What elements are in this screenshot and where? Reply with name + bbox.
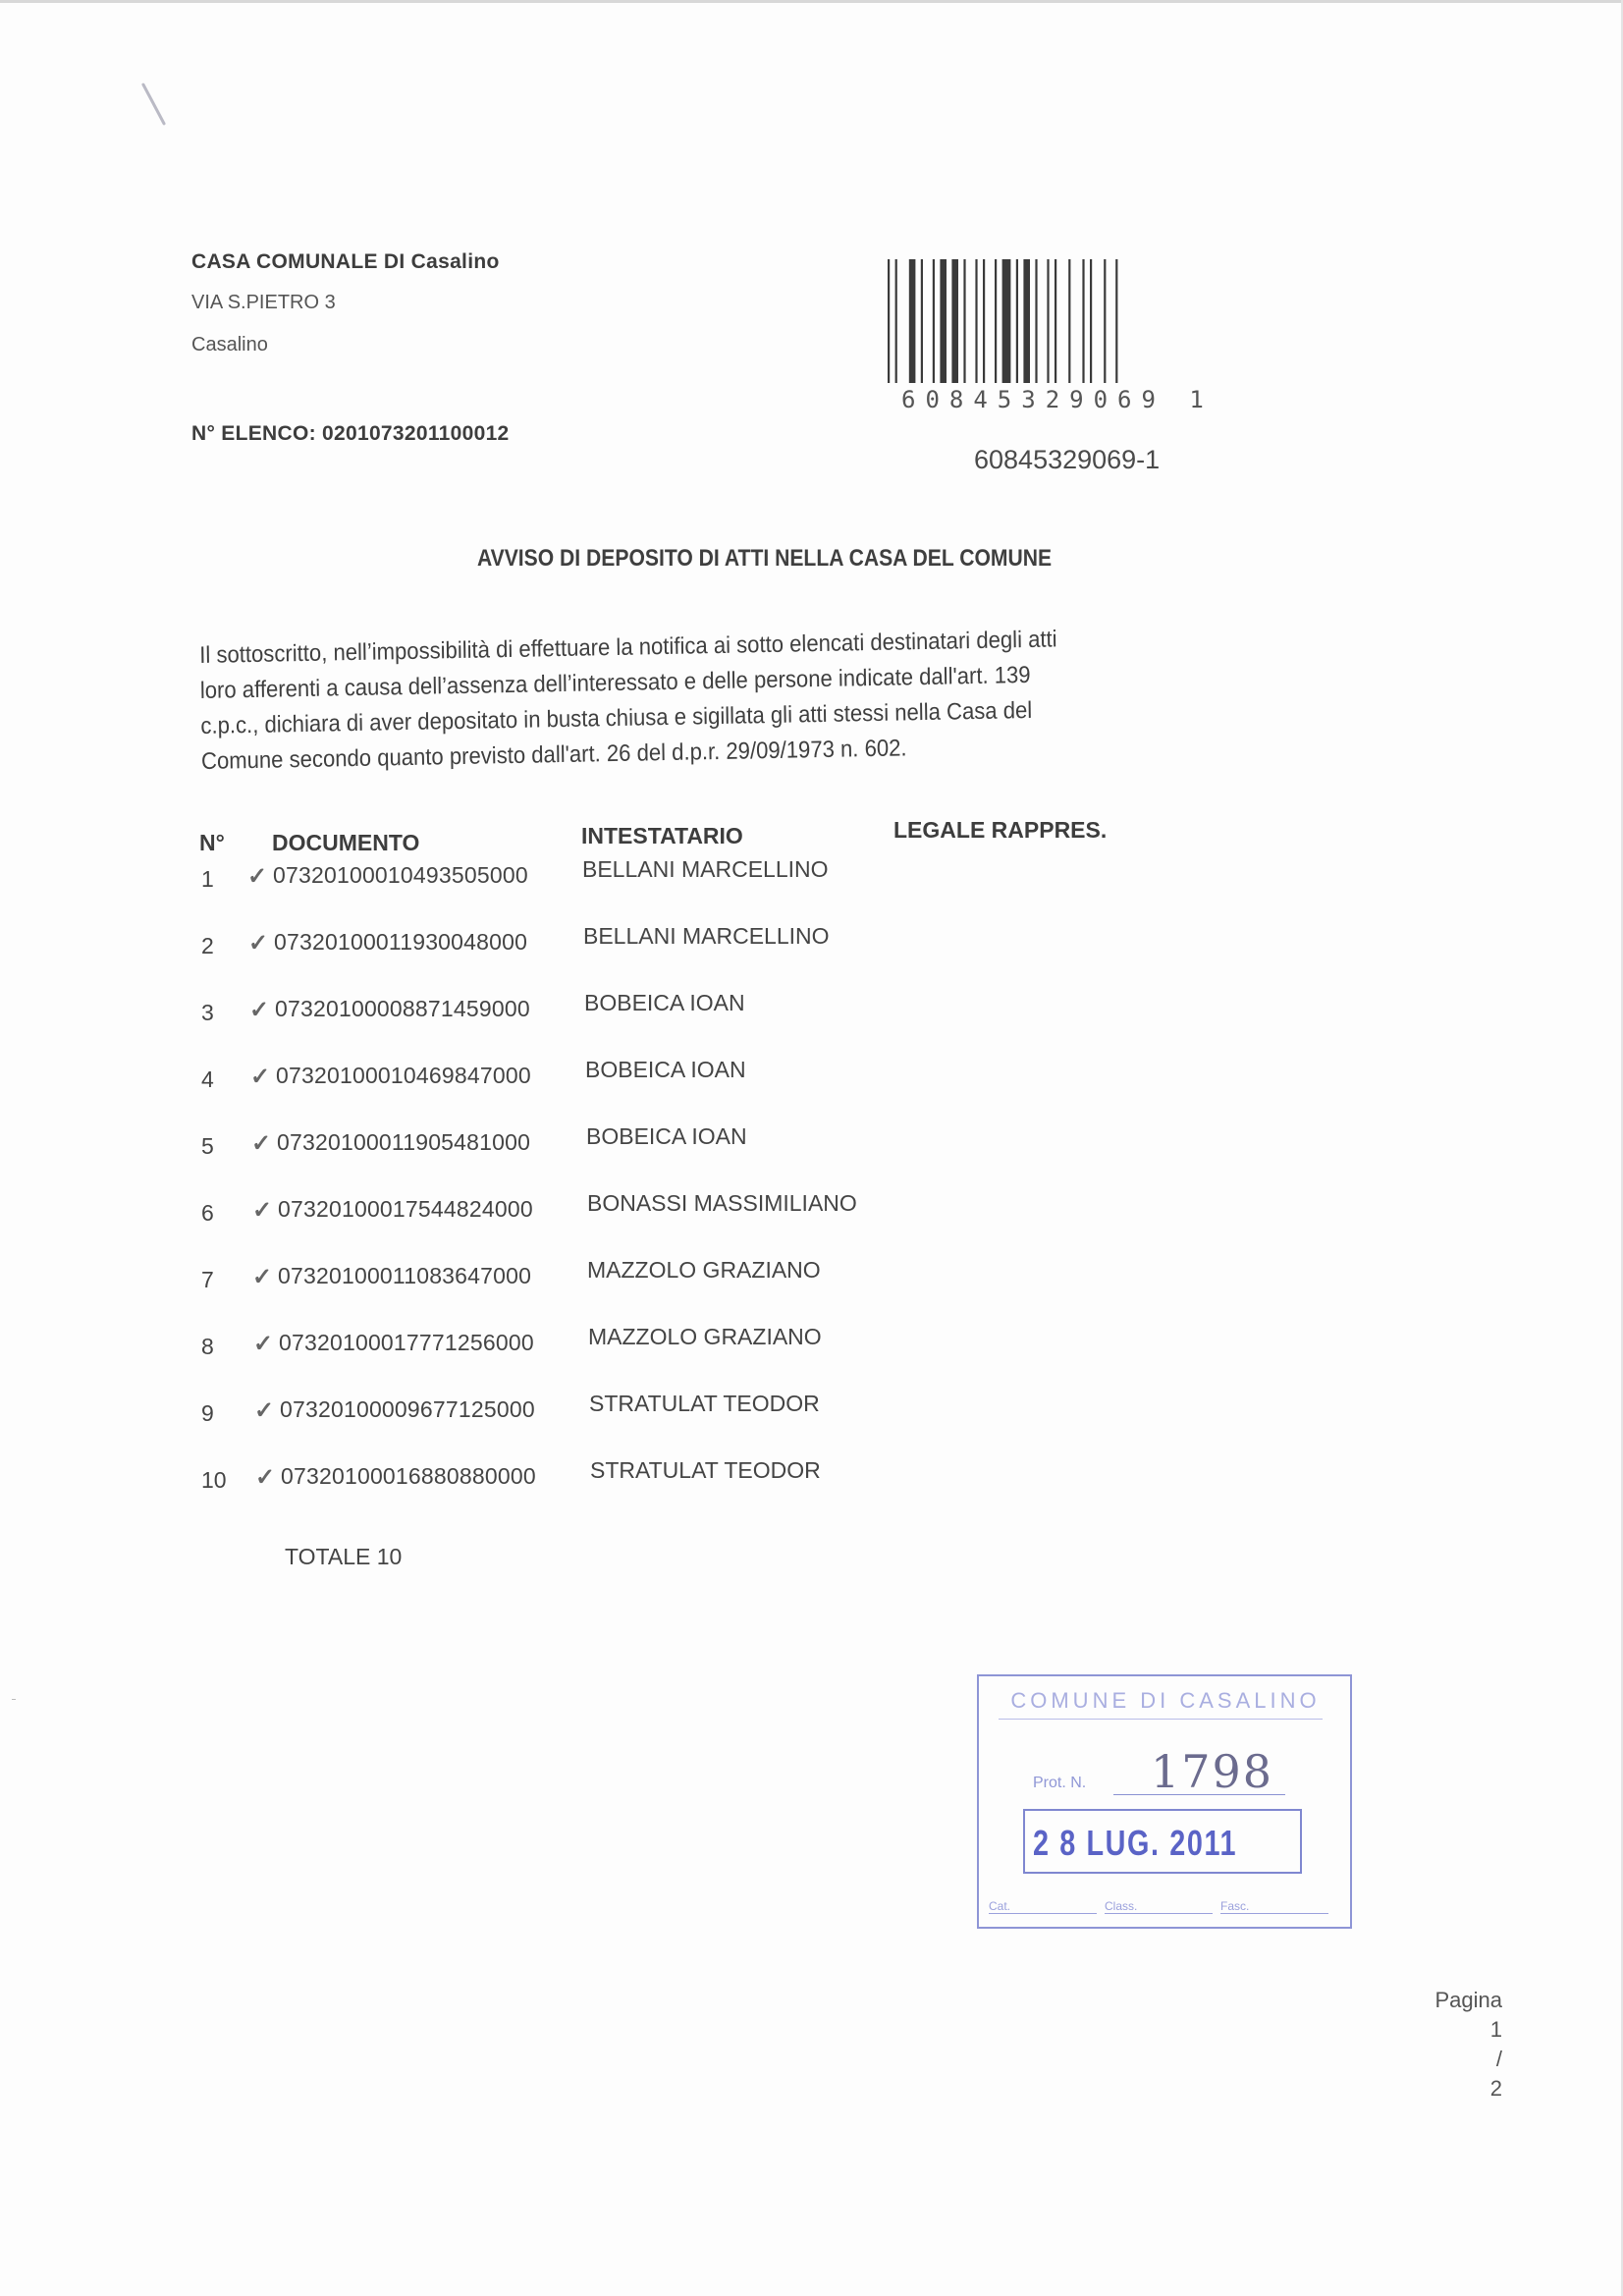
row-documento: 07320100016880880000 (281, 1463, 536, 1490)
row-documento: 07320100011905481000 (277, 1129, 530, 1156)
row-intestatario: MAZZOLO GRAZIANO (588, 1324, 822, 1350)
checkmark-icon: ✓ (252, 1196, 272, 1225)
row-number: 4 (201, 1066, 214, 1093)
header-intestatario: INTESTATARIO (581, 823, 743, 849)
sender-city: Casalino (191, 334, 500, 356)
row-number: 7 (201, 1267, 214, 1293)
row-documento: 07320100017771256000 (279, 1330, 534, 1356)
table-total: TOTALE 10 (285, 1544, 402, 1570)
sender-address: VIA S.PIETRO 3 (191, 292, 500, 314)
row-documento: 07320100011083647000 (278, 1263, 531, 1289)
table-row: 7✓07320100011083647000MAZZOLO GRAZIANO (0, 1257, 1623, 1296)
checkmark-icon: ✓ (252, 1263, 272, 1291)
scan-edge (0, 0, 1623, 3)
stamp-divider (999, 1719, 1323, 1720)
barcode-icon (888, 259, 1245, 383)
row-number: 3 (201, 1000, 214, 1026)
row-number: 10 (201, 1467, 227, 1494)
row-number: 9 (201, 1400, 214, 1427)
scan-speck (12, 1699, 16, 1700)
stamp-footer-field: Cat. (989, 1899, 1097, 1914)
stamp-date: 2 8 LUG. 2011 (1033, 1823, 1237, 1864)
row-number: 8 (201, 1334, 214, 1360)
pagination-total: 2 (1424, 2074, 1502, 2104)
row-documento: 07320100010493505000 (273, 862, 528, 889)
pagination-label: Pagina (1424, 1986, 1502, 2015)
checkmark-icon: ✓ (250, 1063, 270, 1091)
row-intestatario: BOBEICA IOAN (586, 1123, 747, 1150)
stamp-prot-label: Prot. N. (1033, 1775, 1086, 1792)
row-documento: 07320100009677125000 (280, 1396, 535, 1423)
row-intestatario: MAZZOLO GRAZIANO (587, 1257, 821, 1284)
table-row: 4✓07320100010469847000BOBEICA IOAN (0, 1057, 1623, 1096)
stamp-footer: Cat.Class.Fasc. (989, 1899, 1342, 1914)
body-paragraph: Il sottoscritto, nell’impossibilità di e… (199, 620, 1195, 780)
row-documento: 07320100008871459000 (275, 996, 530, 1022)
row-intestatario: STRATULAT TEODOR (589, 1391, 820, 1417)
row-intestatario: BOBEICA IOAN (585, 1057, 746, 1083)
row-number: 6 (201, 1200, 214, 1227)
row-documento: 07320100010469847000 (276, 1063, 531, 1089)
table-row: 9✓07320100009677125000STRATULAT TEODOR (0, 1391, 1623, 1430)
barcode-digits: 60845329069 1 (901, 386, 1214, 413)
page-title-text: AVVISO DI DEPOSITO DI ATTI NELLA CASA DE… (477, 545, 1052, 572)
checkmark-icon: ✓ (251, 1129, 271, 1158)
row-intestatario: STRATULAT TEODOR (590, 1457, 821, 1484)
checkmark-icon: ✓ (253, 1330, 273, 1358)
elenco-number: N° ELENCO: 0201073201100012 (191, 422, 510, 446)
stamp-header: COMUNE DI CASALINO (989, 1688, 1342, 1714)
pagination-current: 1 (1424, 2015, 1502, 2045)
barcode-code: 60845329069-1 (974, 445, 1160, 475)
checkmark-icon: ✓ (249, 996, 269, 1024)
header-n: N° (199, 830, 225, 856)
pen-stroke-mark (141, 82, 166, 126)
sender-name: CASA COMUNALE DI Casalino (191, 250, 500, 274)
table-row: 8✓07320100017771256000MAZZOLO GRAZIANO (0, 1324, 1623, 1363)
stamp-footer-field: Class. (1105, 1899, 1213, 1914)
table-row: 6✓07320100017544824000BONASSI MASSIMILIA… (0, 1190, 1623, 1230)
row-intestatario: BELLANI MARCELLINO (583, 923, 830, 950)
pagination: Pagina 1 / 2 (1424, 1986, 1502, 2104)
stamp-prot-number: 1798 (1151, 1745, 1273, 1798)
row-documento: 07320100011930048000 (274, 929, 527, 956)
checkmark-icon: ✓ (255, 1463, 275, 1492)
row-documento: 07320100017544824000 (278, 1196, 533, 1223)
page-title: AVVISO DI DEPOSITO DI ATTI NELLA CASA DE… (98, 545, 1527, 573)
row-number: 2 (201, 933, 214, 959)
stamp-date-box: 2 8 LUG. 2011 (1023, 1809, 1302, 1874)
row-intestatario: BELLANI MARCELLINO (582, 856, 829, 883)
checkmark-icon: ✓ (254, 1396, 274, 1425)
row-number: 1 (201, 866, 214, 893)
sender-block: CASA COMUNALE DI Casalino VIA S.PIETRO 3… (191, 250, 500, 356)
checkmark-icon: ✓ (247, 862, 267, 891)
table-row: 1✓07320100010493505000BELLANI MARCELLINO (0, 856, 1623, 896)
table-row: 2✓07320100011930048000BELLANI MARCELLINO (0, 923, 1623, 962)
table-row: 5✓07320100011905481000BOBEICA IOAN (0, 1123, 1623, 1163)
protocol-stamp: COMUNE DI CASALINO Prot. N. 1798 2 8 LUG… (977, 1674, 1352, 1929)
table-row: 3✓07320100008871459000BOBEICA IOAN (0, 990, 1623, 1029)
header-documento: DOCUMENTO (272, 830, 419, 856)
row-intestatario: BONASSI MASSIMILIANO (587, 1190, 857, 1217)
header-legale-rappres: LEGALE RAPPRES. (893, 817, 1107, 844)
document-page: CASA COMUNALE DI Casalino VIA S.PIETRO 3… (0, 0, 1623, 2296)
row-number: 5 (201, 1133, 214, 1160)
stamp-footer-field: Fasc. (1220, 1899, 1328, 1914)
table-row: 10✓07320100016880880000STRATULAT TEODOR (0, 1457, 1623, 1497)
row-intestatario: BOBEICA IOAN (584, 990, 745, 1016)
pagination-separator: / (1424, 2045, 1502, 2074)
checkmark-icon: ✓ (248, 929, 268, 957)
